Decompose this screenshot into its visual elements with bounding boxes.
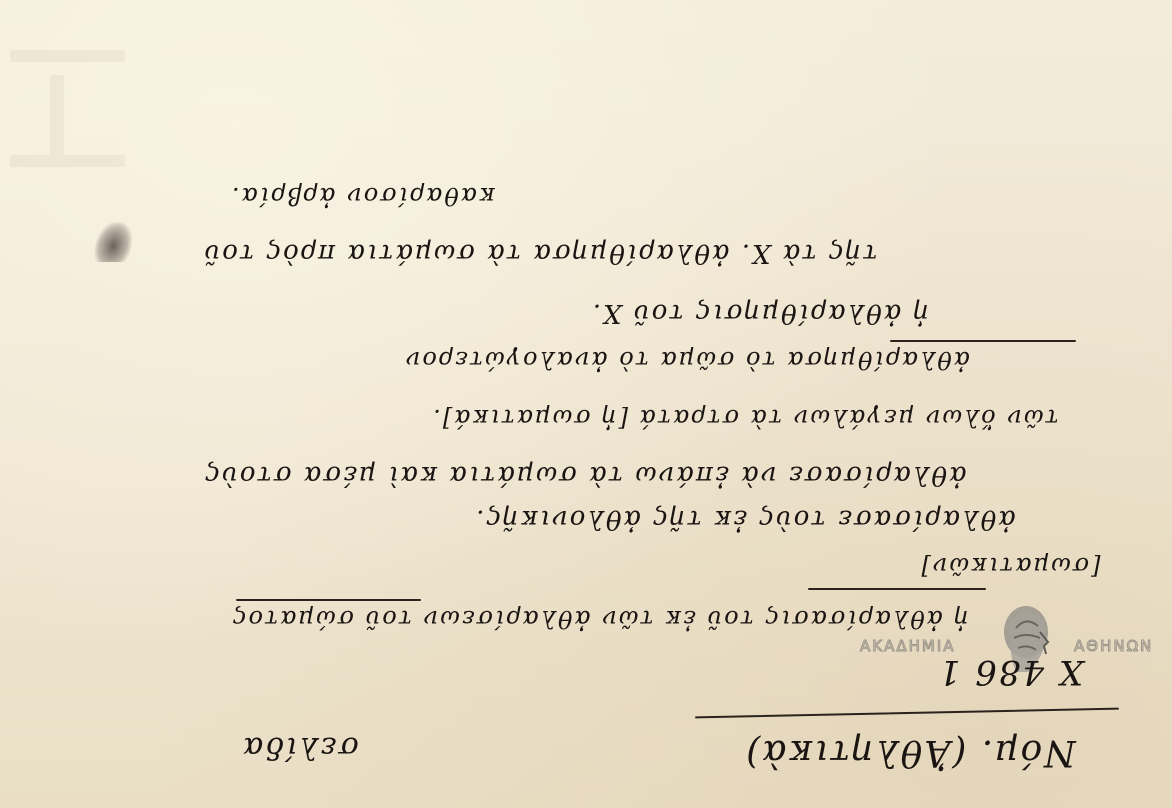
underline-rule [808,588,986,590]
manuscript-line: ἀθλαρίθμησα τὸ σῶμα τὸ ἀναλογώτερον [410,346,970,374]
manuscript-line: τῆς τὰ Χ. ἀθλαρίθμησα τὰ σωμάτια πρὸς το… [40,238,1040,268]
manuscript-line: ἀθλαρίσασε τοὺς ἐκ τῆς ἀθλονικῆς. [400,504,1090,534]
underline-rule [890,340,1076,342]
manuscript-line: σελίδα [190,730,410,765]
manuscript-line: Χ 486 1 [880,652,1140,692]
underline-rule [236,599,421,601]
faint-bleedthrough-mark [10,155,125,167]
manuscript-line: ἀθλαρίσασε νὰ ἐπάνω τὰ σωμάτια καὶ μέσα … [40,460,1130,490]
faint-bleedthrough-mark [50,75,64,155]
manuscript-line: [σωματικῶν] [880,552,1140,580]
manuscript-line: καθαρίσον ἀρβρία. [230,182,790,210]
faint-bleedthrough-mark [10,50,125,62]
manuscript-line: ἡ ἀθλαρίθμησις τοῦ Χ. [480,298,1040,328]
manuscript-line: Νόμ. (Ἀθλητικὰ) [730,732,1090,773]
manuscript-line: τῶν ὅλων μεγάλων τὰ στρατά [ἡ σωματικά]. [400,404,1090,432]
